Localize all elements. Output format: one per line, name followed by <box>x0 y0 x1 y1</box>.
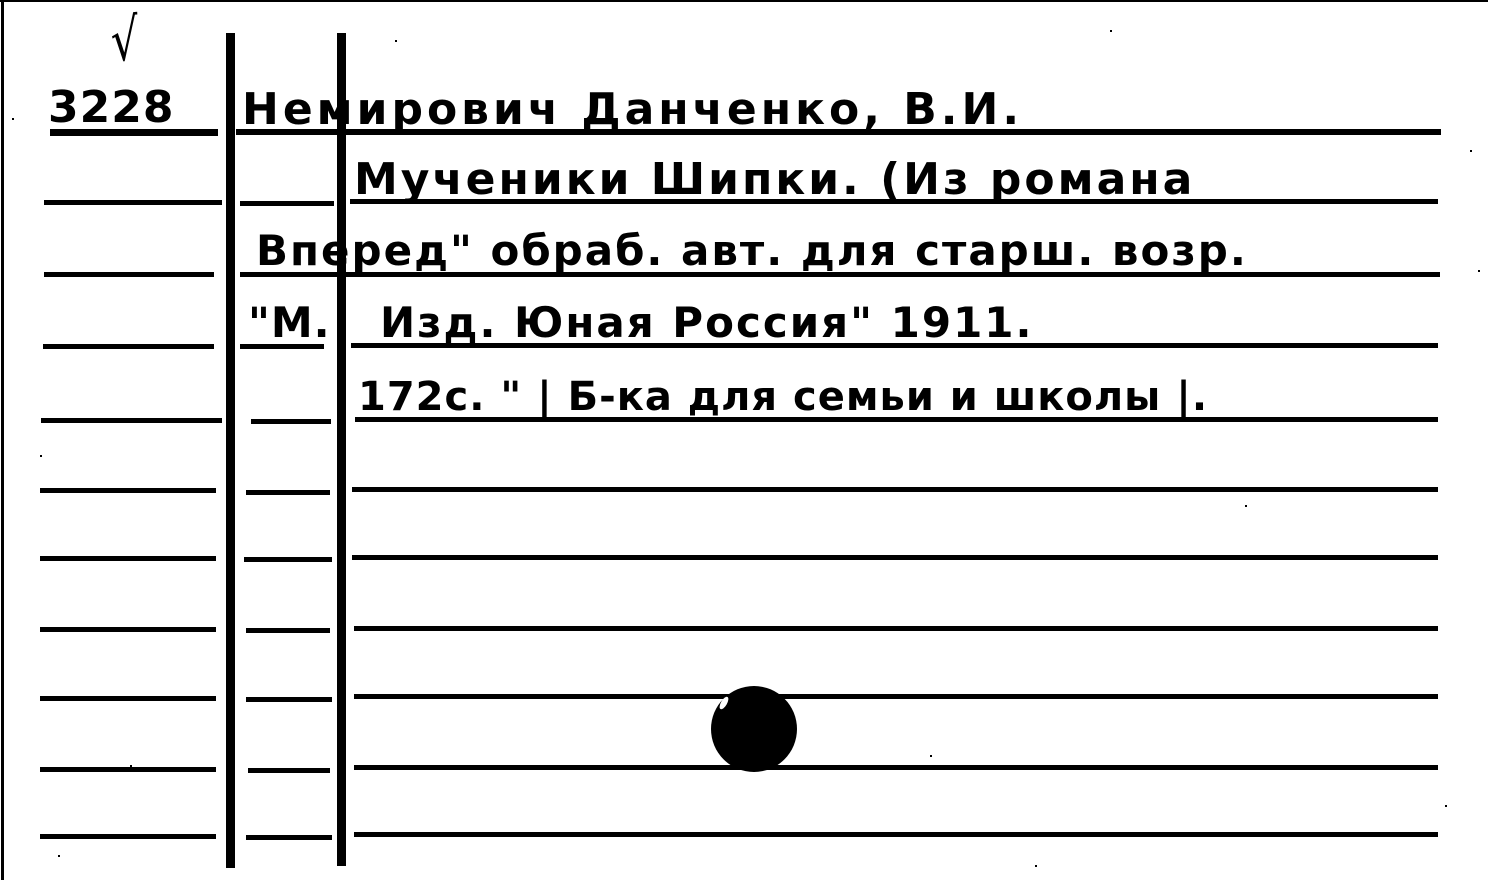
rule-line <box>246 697 332 702</box>
rule-line <box>240 201 334 206</box>
rule-line <box>352 555 1438 560</box>
rule-line <box>40 556 216 561</box>
scan-speck <box>1478 270 1480 272</box>
rule-line <box>44 200 222 205</box>
rule-line <box>244 557 332 562</box>
rule-line <box>41 418 222 423</box>
author-line: Немирович Данченко, В.И. <box>242 84 1023 135</box>
scan-speck <box>40 455 42 457</box>
scan-speck <box>930 755 932 757</box>
scan-speck <box>1245 505 1247 507</box>
rule-line <box>354 765 1438 770</box>
rule-line <box>40 767 216 772</box>
rule-line <box>354 832 1438 837</box>
rule-line <box>44 272 214 277</box>
scan-speck <box>1445 805 1447 807</box>
title-line: Мученики Шипки. (Из романа <box>354 154 1195 205</box>
scan-speck <box>1470 150 1472 152</box>
rule-line <box>246 628 330 633</box>
catalog-card: √ 3228 Немирович Данченко, В.И. Мученики… <box>0 0 1488 880</box>
punch-hole <box>711 686 797 772</box>
rule-line <box>40 696 216 701</box>
card-top-edge <box>0 0 1488 2</box>
rule-line <box>246 490 330 495</box>
column-divider-right <box>337 33 346 866</box>
call-number: 3228 <box>48 82 174 133</box>
rule-line <box>352 487 1438 492</box>
place-of-publication: "М. <box>248 298 331 347</box>
scan-speck <box>1035 865 1037 867</box>
rule-line <box>354 694 1438 699</box>
rule-line <box>251 419 331 424</box>
publisher-line: Изд. Юная Россия" 1911. <box>380 298 1033 347</box>
rule-line <box>40 488 216 493</box>
check-mark: √ <box>109 5 142 76</box>
scan-speck <box>12 118 14 120</box>
scan-speck <box>58 855 60 857</box>
column-divider-left <box>226 33 235 868</box>
title-continuation-line: Вперед" обраб. авт. для старш. возр. <box>256 226 1248 275</box>
scan-speck <box>130 765 132 767</box>
rule-line <box>43 344 214 349</box>
scan-speck <box>1110 30 1112 32</box>
scan-speck <box>395 40 397 42</box>
collation-line: 172с. " | Б-ка для семьи и школы |. <box>358 374 1208 420</box>
rule-line <box>40 627 216 632</box>
rule-line <box>248 768 330 773</box>
rule-line <box>246 835 332 840</box>
rule-line <box>40 834 216 839</box>
rule-line <box>354 626 1438 631</box>
card-left-edge <box>1 0 4 880</box>
